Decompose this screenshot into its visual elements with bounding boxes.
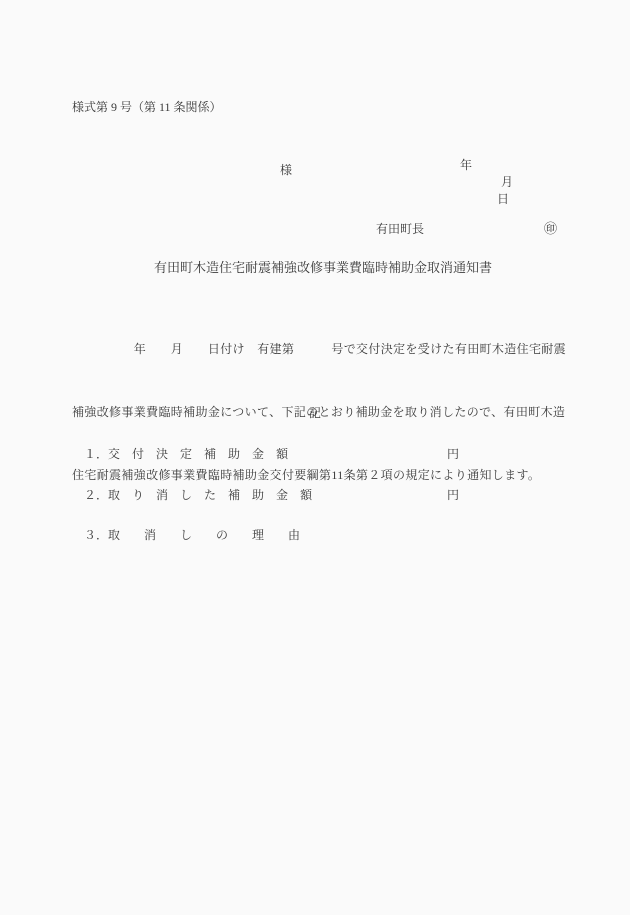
body-line-3: 住宅耐震補強改修事業費臨時補助金交付要綱第11条第２項の規定により通知します。 [72,465,572,486]
addressee-suffix: 様 [280,161,292,178]
date-month-label: 月 [501,175,513,189]
item-row-cancellation-reason: ３．取 消 し の 理 由 [84,526,459,543]
body-line-1: 年 月 日付け 有建第 号で交付決定を受けた有田町木造住宅耐震 [72,339,572,360]
item-row-cancelled-amount: ２．取 り 消 し た 補 助 金 額 円 [84,486,459,503]
item-row-grant-decision-amount: １．交 付 決 定 補 助 金 額 円 [84,445,459,462]
item-unit-yen: 円 [447,445,459,462]
seal-icon: ㊞ [544,218,557,237]
date-line: 年 月 日 [448,141,513,222]
item-unit-yen: 円 [447,486,459,503]
date-year-label: 年 [460,158,472,172]
document-title: 有田町木造住宅耐震補強改修事業費臨時補助金取消通知書 [16,257,630,276]
date-day-label: 日 [497,192,509,206]
item-label: ３．取 消 し の 理 由 [84,526,300,543]
item-label: １．交 付 決 定 補 助 金 額 [84,445,288,462]
document-page: 様式第 9 号（第 11 条関係） 年 月 日 様 有田町長 ㊞ 有田町木造住宅… [0,0,630,915]
form-number: 様式第 9 号（第 11 条関係） [72,98,222,115]
record-marker: 記 [0,404,630,421]
item-label: ２．取 り 消 し た 補 助 金 額 [84,486,312,503]
sender-title: 有田町長 [376,220,424,237]
